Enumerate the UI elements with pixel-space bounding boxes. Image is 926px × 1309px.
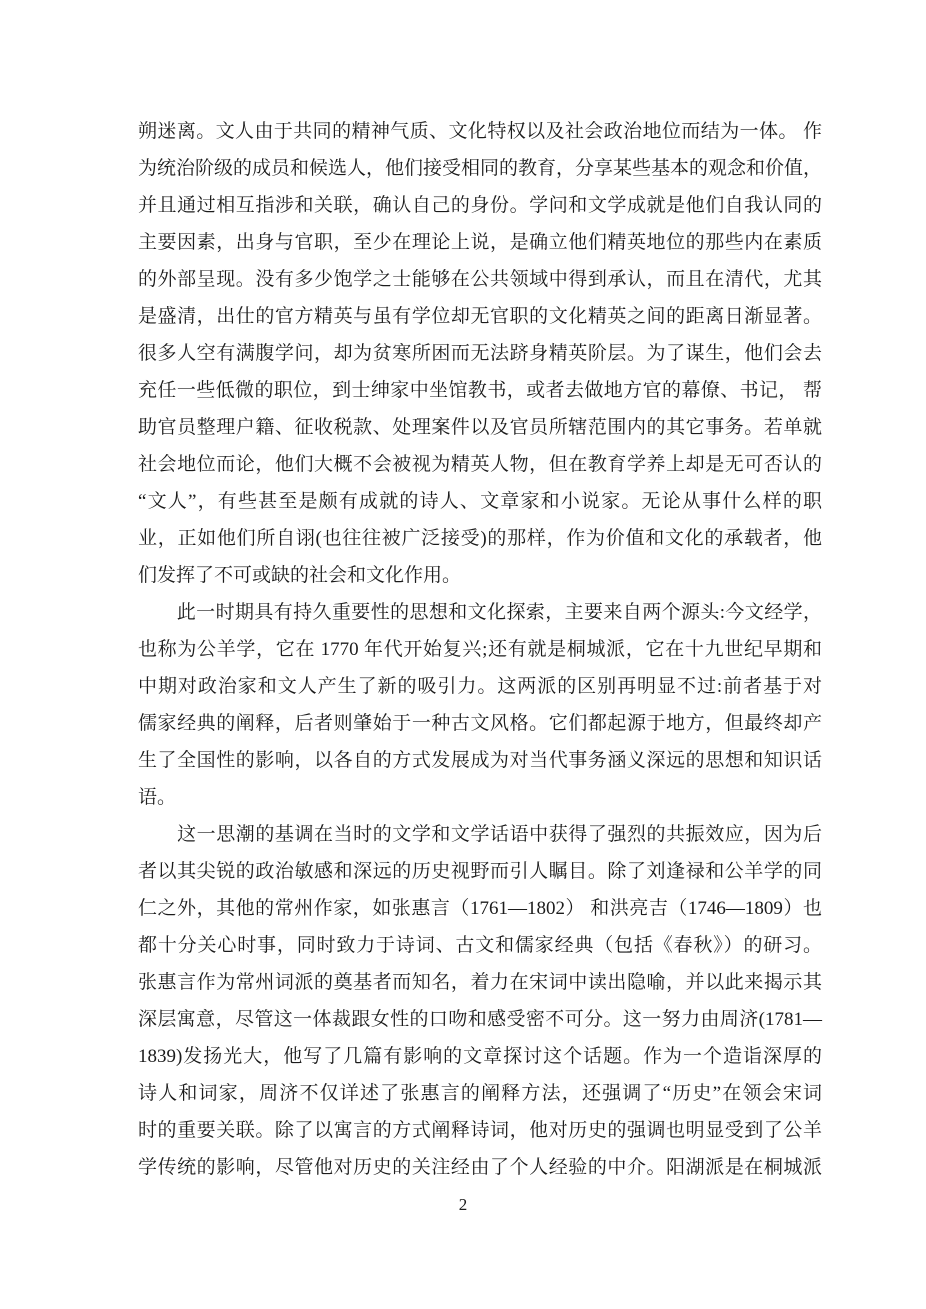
text-line: 儒家经典的阐释，后者则肇始于一种古文风格。它们都起源于地方，但最终却产 bbox=[138, 705, 822, 742]
text-line: 充任一些低微的职位，到士绅家中坐馆教书，或者去做地方官的幕僚、书记， 帮 bbox=[138, 372, 822, 409]
text-line: 中期对政治家和文人产生了新的吸引力。这两派的区别再明显不过:前者基于对 bbox=[138, 668, 822, 705]
text-block: 朔迷离。文人由于共同的精神气质、文化特权以及社会政治地位而结为一体。 作 为统治… bbox=[138, 113, 822, 1186]
text-line: 的外部呈现。没有多少饱学之士能够在公共领域中得到承认，而且在清代，尤其 bbox=[138, 261, 822, 298]
text-line: 深层寓意，尽管这一体裁跟女性的口吻和感受密不可分。这一努力由周济(1781— bbox=[138, 1001, 822, 1038]
text-line: 诗人和词家，周济不仅详述了张惠言的阐释方法，还强调了“历史”在领会宋词 bbox=[138, 1075, 822, 1112]
paragraph-1: 朔迷离。文人由于共同的精神气质、文化特权以及社会政治地位而结为一体。 作 为统治… bbox=[138, 113, 822, 594]
text-line: 并且通过相互指涉和关联，确认自己的身份。学问和文学成就是他们自我认同的 bbox=[138, 187, 822, 224]
text-line: 学传统的影响，尽管他对历史的关注经由了个人经验的中介。阳湖派是在桐城派 bbox=[138, 1149, 822, 1186]
text-line: 1839)发扬光大，他写了几篇有影响的文章探讨这个话题。作为一个造诣深厚的 bbox=[138, 1038, 822, 1075]
text-line: 也称为公羊学，它在 1770 年代开始复兴;还有就是桐城派，它在十九世纪早期和 bbox=[138, 631, 822, 668]
text-line: 生了全国性的影响，以各自的方式发展成为对当代事务涵义深远的思想和知识话 bbox=[138, 742, 822, 779]
text-line: 主要因素，出身与官职，至少在理论上说，是确立他们精英地位的那些内在素质 bbox=[138, 224, 822, 261]
text-line: 业，正如他们所自诩(也往往被广泛接受)的那样，作为价值和文化的承载者，他 bbox=[138, 520, 822, 557]
text-line: 此一时期具有持久重要性的思想和文化探索，主要来自两个源头:今文经学， bbox=[138, 594, 822, 631]
text-line: 为统治阶级的成员和候选人，他们接受相同的教育，分享某些基本的观念和价值， bbox=[138, 150, 822, 187]
text-line: 语。 bbox=[138, 779, 822, 816]
text-line: 张惠言作为常州词派的奠基者而知名，着力在宋词中读出隐喻，并以此来揭示其 bbox=[138, 964, 822, 1001]
text-line: 这一思潮的基调在当时的文学和文学话语中获得了强烈的共振效应，因为后 bbox=[138, 816, 822, 853]
text-line: 都十分关心时事，同时致力于诗词、古文和儒家经典（包括《春秋》）的研习。 bbox=[138, 927, 822, 964]
page-number: 2 bbox=[0, 1193, 926, 1217]
text-line: “文人”，有些甚至是颇有成就的诗人、文章家和小说家。无论从事什么样的职 bbox=[138, 483, 822, 520]
text-line: 社会地位而论，他们大概不会被视为精英人物，但在教育学养上却是无可否认的 bbox=[138, 446, 822, 483]
text-line: 是盛清，出仕的官方精英与虽有学位却无官职的文化精英之间的距离日渐显著。 bbox=[138, 298, 822, 335]
text-line: 朔迷离。文人由于共同的精神气质、文化特权以及社会政治地位而结为一体。 作 bbox=[138, 113, 822, 150]
text-line: 者以其尖锐的政治敏感和深远的历史视野而引人瞩目。除了刘逢禄和公羊学的同 bbox=[138, 853, 822, 890]
paragraph-3: 这一思潮的基调在当时的文学和文学话语中获得了强烈的共振效应，因为后 者以其尖锐的… bbox=[138, 816, 822, 1186]
text-line: 时的重要关联。除了以寓言的方式阐释诗词，他对历史的强调也明显受到了公羊 bbox=[138, 1112, 822, 1149]
text-line: 很多人空有满腹学问，却为贫寒所困而无法跻身精英阶层。为了谋生，他们会去 bbox=[138, 335, 822, 372]
text-line: 们发挥了不可或缺的社会和文化作用。 bbox=[138, 557, 822, 594]
document-page: 朔迷离。文人由于共同的精神气质、文化特权以及社会政治地位而结为一体。 作 为统治… bbox=[0, 0, 926, 1309]
paragraph-2: 此一时期具有持久重要性的思想和文化探索，主要来自两个源头:今文经学， 也称为公羊… bbox=[138, 594, 822, 816]
text-line: 助官员整理户籍、征收税款、处理案件以及官员所辖范围内的其它事务。若单就 bbox=[138, 409, 822, 446]
text-line: 仁之外，其他的常州作家，如张惠言（1761—1802） 和洪亮吉（1746—18… bbox=[138, 890, 822, 927]
